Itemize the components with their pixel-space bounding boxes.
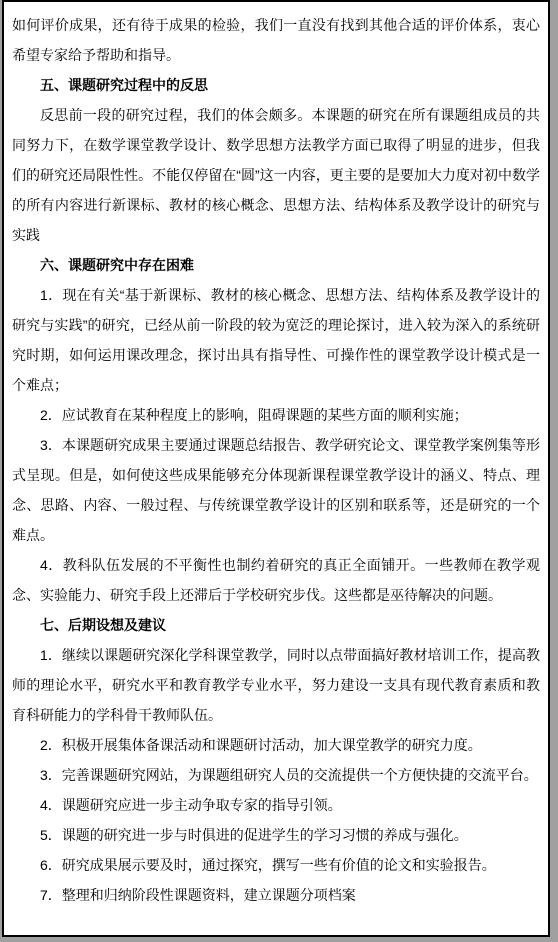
section-heading: 五、课题研究过程中的反思 xyxy=(12,70,540,100)
document-page: 如何评价成果，还有待于成果的检验，我们一直没有找到其他合适的评价体系，衷心希望专… xyxy=(2,0,550,937)
document-viewport: { "colors": { "frame_gray": "#a0a0a0", "… xyxy=(0,0,558,942)
paragraph: 2．积极开展集体备课活动和课题研讨活动，加大课堂教学的研究力度。 xyxy=(12,730,540,760)
paragraph: 3．本课题研究成果主要通过课题总结报告、教学研究论文、课堂教学案例集等形式呈现。… xyxy=(12,430,540,550)
paragraph: 1．继续以课题研究深化学科课堂教学，同时以点带面搞好教材培训工作，提高教师的理论… xyxy=(12,640,540,730)
section-heading: 六、课题研究中存在困难 xyxy=(12,250,540,280)
paragraph: 5．课题的研究进一步与时俱进的促进学生的学习习惯的养成与强化。 xyxy=(12,820,540,850)
paragraph: 4．课题研究应进一步主动争取专家的指导引领。 xyxy=(12,790,540,820)
paragraph: 4．教科队伍发展的不平衡性也制约着研究的真正全面铺开。一些教师在教学观念、实验能… xyxy=(12,550,540,610)
paragraph: 6．研究成果展示要及时，通过探究，撰写一些有价值的论文和实验报告。 xyxy=(12,850,540,880)
paragraph: 1．现在有关“基于新课标、教材的核心概念、思想方法、结构体系及教学设计的研究与实… xyxy=(12,280,540,400)
paragraph: 反思前一段的研究过程，我们的体会颇多。本课题的研究在所有课题组成员的共同努力下，… xyxy=(12,100,540,250)
paragraph: 如何评价成果，还有待于成果的检验，我们一直没有找到其他合适的评价体系，衷心希望专… xyxy=(12,10,540,70)
paragraph: 3．完善课题研究网站，为课题组研究人员的交流提供一个方便快捷的交流平台。 xyxy=(12,760,540,790)
paragraph: 7．整理和归纳阶段性课题资料，建立课题分项档案 xyxy=(12,880,540,910)
paragraph: 2．应试教育在某种程度上的影响，阻碍课题的某些方面的顺利实施； xyxy=(12,400,540,430)
section-heading: 七、后期设想及建议 xyxy=(12,610,540,640)
